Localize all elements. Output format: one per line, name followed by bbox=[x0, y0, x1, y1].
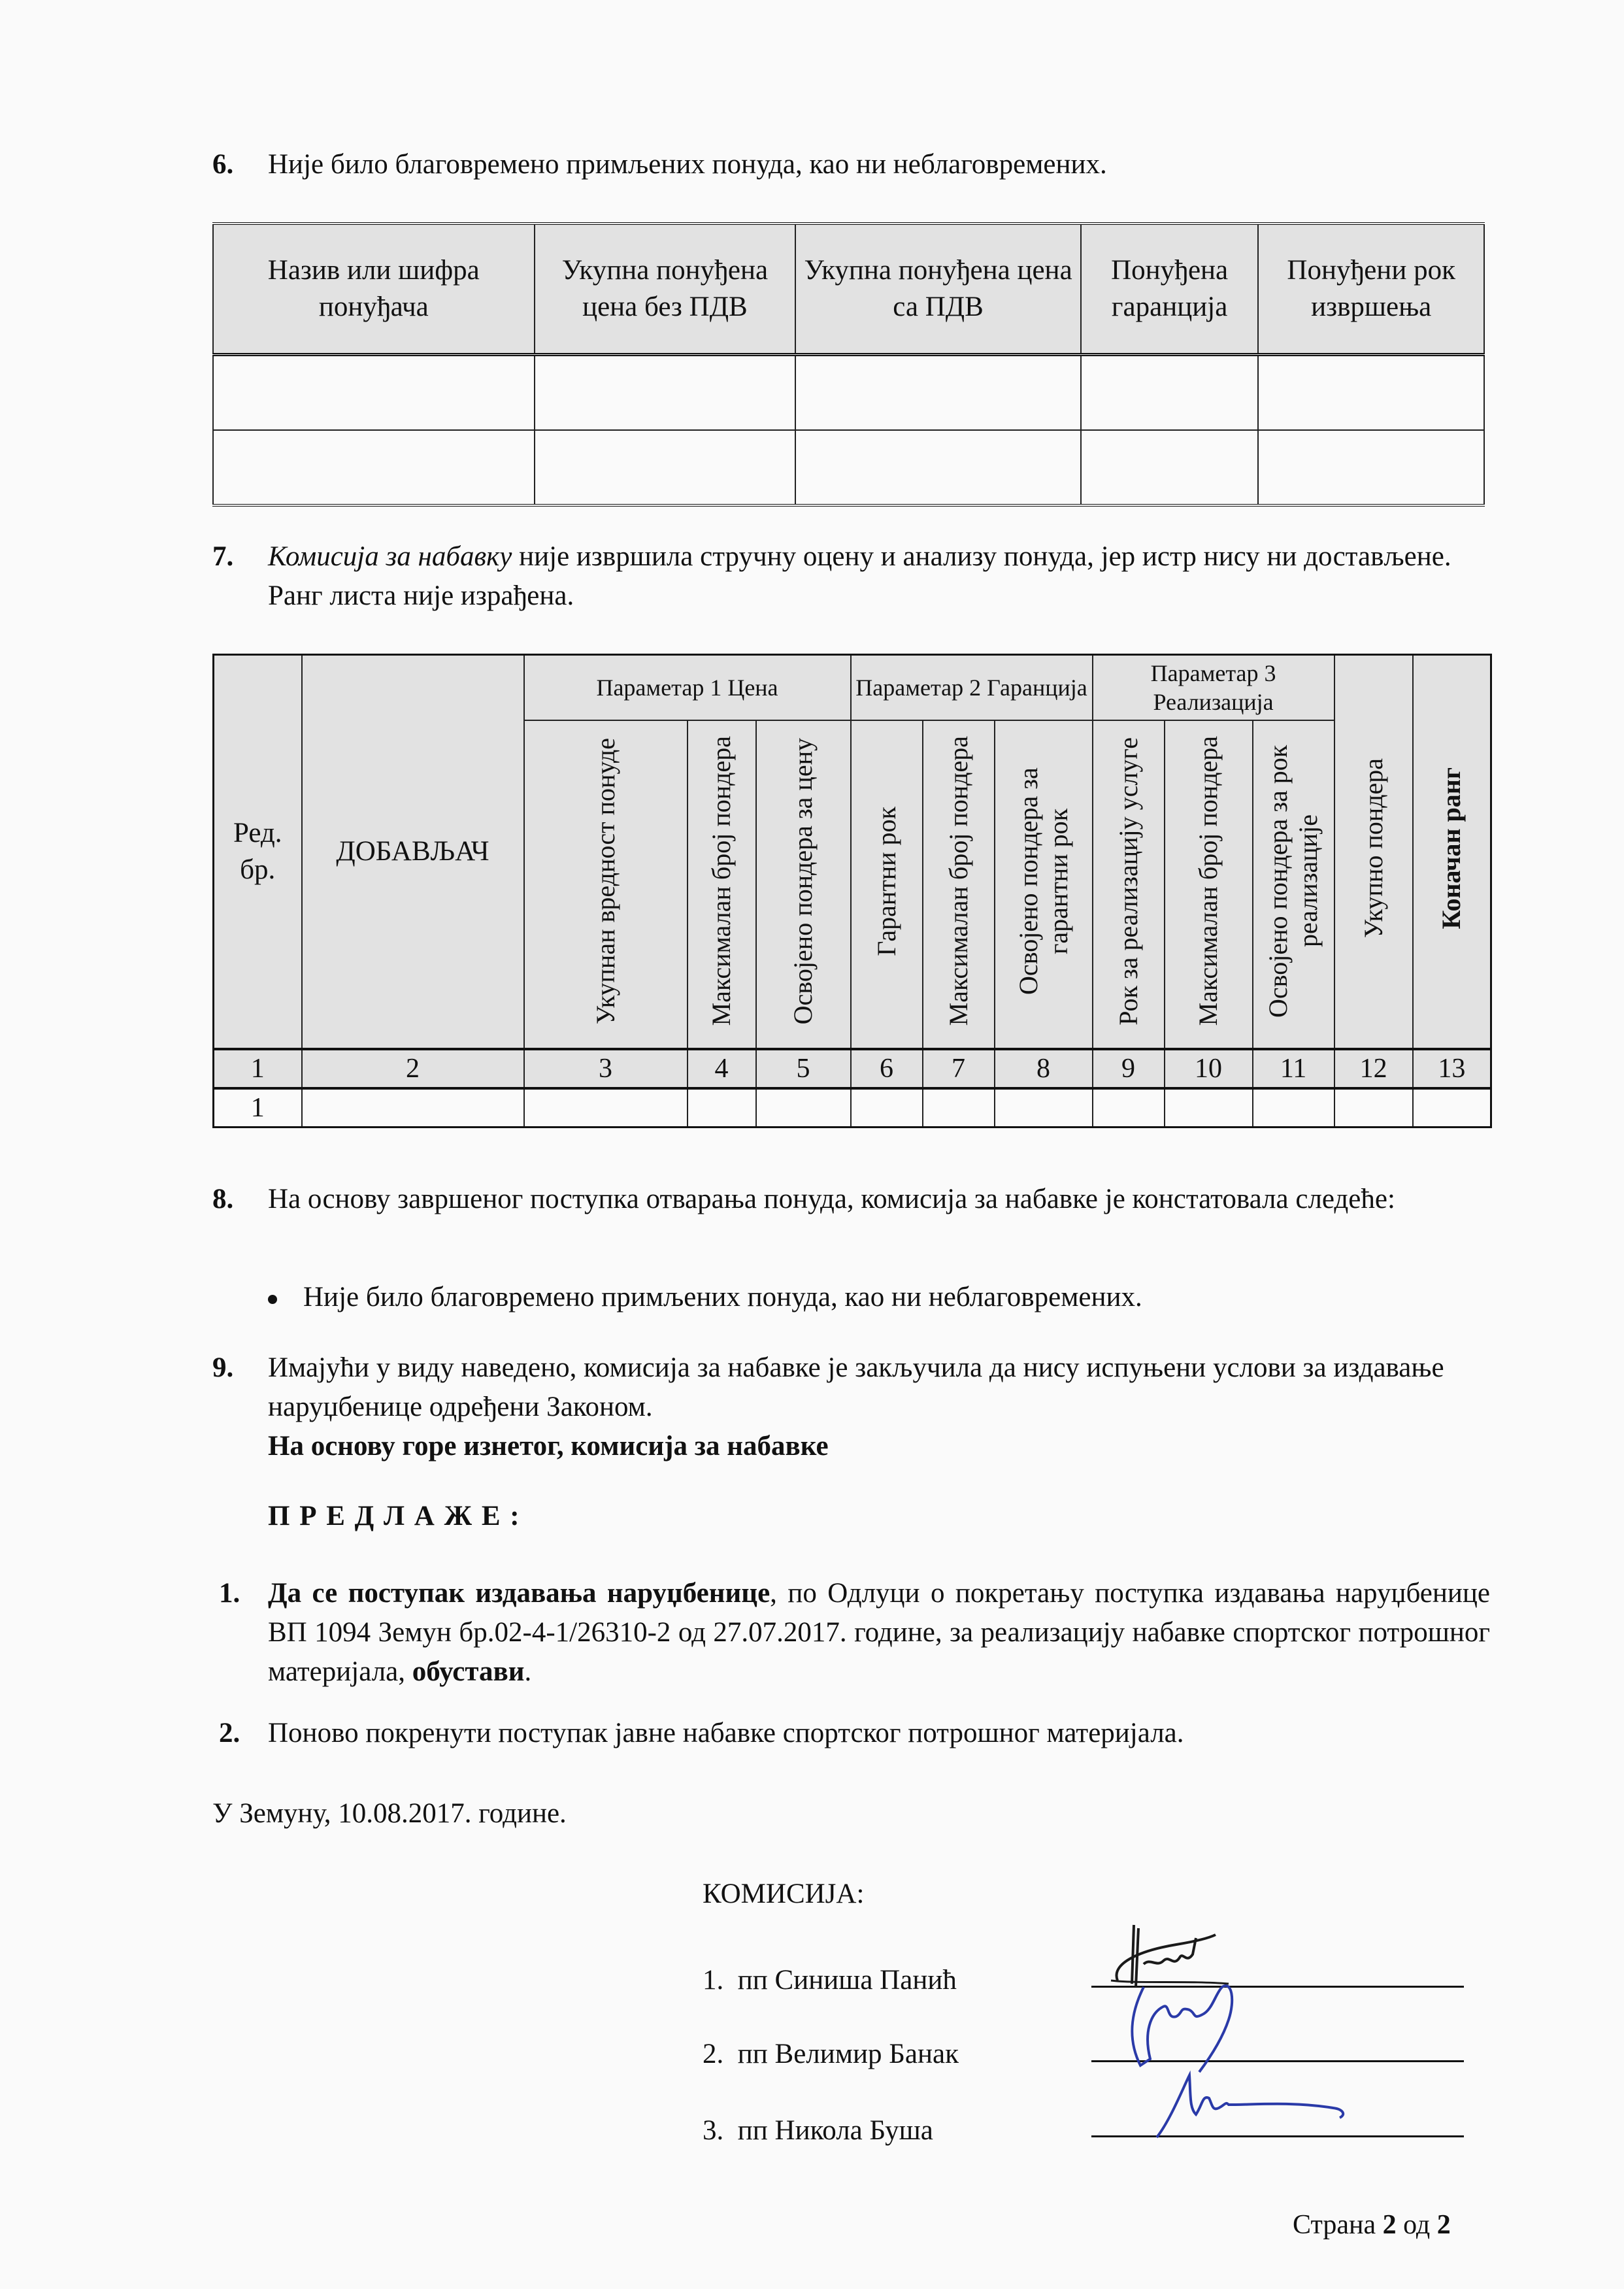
col-num: 11 bbox=[1253, 1049, 1334, 1088]
table-row bbox=[213, 355, 1484, 431]
subheader: Максималан број пондера bbox=[688, 720, 756, 1049]
subheader: Укупнан вредност понуде bbox=[524, 720, 688, 1049]
member-1: 1. пп Синиша Панић bbox=[703, 1961, 957, 2000]
page-current: 2 bbox=[1383, 2210, 1397, 2240]
signature-3-icon bbox=[1150, 2069, 1359, 2141]
cell bbox=[756, 1088, 851, 1128]
member-2: 2. пп Велимир Банак bbox=[703, 2035, 959, 2074]
col-num: 3 bbox=[524, 1049, 688, 1088]
header-price-no-vat: Укупна понуђена цена без ПДВ bbox=[535, 224, 796, 355]
col-num: 7 bbox=[923, 1049, 995, 1088]
bold-lead: Да се поступак издавања наруџбенице bbox=[268, 1578, 770, 1609]
cell bbox=[795, 355, 1081, 431]
col-num: 8 bbox=[995, 1049, 1093, 1088]
cell bbox=[1253, 1088, 1334, 1128]
column-numbers-row: 1 2 3 4 5 6 7 8 9 10 11 12 13 bbox=[214, 1049, 1491, 1088]
subheader: Освојено пондера за рок реализације bbox=[1253, 720, 1334, 1049]
header-rank: Коначан ранг bbox=[1413, 655, 1491, 1050]
col-num: 2 bbox=[302, 1049, 524, 1088]
item-6: 6.Није било благовремено примљених понуд… bbox=[212, 145, 1493, 184]
cell bbox=[213, 355, 535, 431]
cell bbox=[1334, 1088, 1413, 1128]
header-param1: Параметар 1 Цена bbox=[524, 655, 851, 721]
member-name: пп Синиша Панић bbox=[738, 1965, 957, 1996]
header-ordinal: Ред. бр. bbox=[214, 655, 302, 1050]
cell bbox=[1258, 430, 1484, 505]
bullet-icon bbox=[268, 1295, 277, 1304]
bold-line: На основу горе изнетог, комисија за наба… bbox=[268, 1427, 1493, 1466]
bullet-item: Није било благовремено примљених понуда,… bbox=[268, 1278, 1483, 1317]
subheader: Гарантни рок bbox=[851, 720, 923, 1049]
member-3: 3. пп Никола Буша bbox=[703, 2111, 933, 2150]
item-8: 8. На основу завршеног поступка отварања… bbox=[212, 1180, 1493, 1219]
header-warranty: Понуђена гаранција bbox=[1081, 224, 1259, 355]
col-num: 5 bbox=[756, 1049, 851, 1088]
item-text: Није било благовремено примљених понуда,… bbox=[268, 149, 1107, 180]
item-text: На основу завршеног поступка отварања по… bbox=[212, 1180, 1493, 1219]
member-name: пп Никола Буша bbox=[738, 2115, 933, 2146]
cell: 1 bbox=[214, 1088, 302, 1128]
member-number: 1. bbox=[703, 1965, 723, 1996]
proposal-2: 2.Поново покренути поступак јавне набавк… bbox=[219, 1714, 1490, 1753]
item-number: 6. bbox=[212, 145, 268, 184]
header-supplier: ДОБАВЉАЧ bbox=[302, 655, 524, 1050]
proposes-heading: П Р Е Д Л А Ж Е : bbox=[268, 1497, 521, 1536]
proposal-text: Поново покренути поступак јавне набавке … bbox=[268, 1718, 1184, 1748]
tail: . bbox=[525, 1656, 532, 1687]
item-number: 7. bbox=[212, 537, 268, 576]
cell bbox=[302, 1088, 524, 1128]
cell bbox=[535, 355, 796, 431]
cell bbox=[923, 1088, 995, 1128]
col-num: 12 bbox=[1334, 1049, 1413, 1088]
item-7: 7. Комисија за набавку није извршила стр… bbox=[212, 537, 1493, 616]
item-number: 9. bbox=[212, 1348, 268, 1388]
header-param3: Параметар 3 Реализација bbox=[1093, 655, 1334, 721]
member-number: 3. bbox=[703, 2115, 723, 2146]
page-total: 2 bbox=[1437, 2210, 1451, 2240]
bold-end: обустави bbox=[412, 1656, 525, 1687]
col-num: 6 bbox=[851, 1049, 923, 1088]
subheader: Освојено пондера за цену bbox=[756, 720, 851, 1049]
cell bbox=[1081, 430, 1259, 505]
header-deadline: Понуђени рок извршења bbox=[1258, 224, 1484, 355]
offers-table: Назив или шифра понуђача Укупна понуђена… bbox=[212, 222, 1485, 507]
cell bbox=[1093, 1088, 1165, 1128]
item-number: 1. bbox=[219, 1574, 268, 1613]
cell bbox=[688, 1088, 756, 1128]
header-bidder: Назив или шифра понуђача bbox=[213, 224, 535, 355]
proposal-1: 1. Да се поступак издавања наруџбенице, … bbox=[219, 1574, 1490, 1692]
col-num: 1 bbox=[214, 1049, 302, 1088]
signature-2-icon bbox=[1124, 1974, 1255, 2079]
header-price-vat: Укупна понуђена цена са ПДВ bbox=[795, 224, 1081, 355]
header-total: Укупно пондера bbox=[1334, 655, 1413, 1050]
offers-table-header: Назив или шифра понуђача Укупна понуђена… bbox=[213, 224, 1484, 355]
item-text: Имајући у виду наведено, комисија за наб… bbox=[268, 1348, 1493, 1427]
item-number: 8. bbox=[212, 1180, 268, 1219]
cell bbox=[795, 430, 1081, 505]
header-param2: Параметар 2 Гаранција bbox=[851, 655, 1093, 721]
member-number: 2. bbox=[703, 2039, 723, 2069]
commission-title: КОМИСИЈА: bbox=[703, 1875, 864, 1914]
page-footer: Страна 2 од 2 bbox=[1293, 2209, 1451, 2241]
member-name: пп Велимир Банак bbox=[738, 2039, 959, 2069]
col-num: 9 bbox=[1093, 1049, 1165, 1088]
cell bbox=[1081, 355, 1259, 431]
table-row: 1 bbox=[214, 1088, 1491, 1128]
page-of: од bbox=[1403, 2210, 1430, 2240]
subheader: Освојено пондера за гарантни рок bbox=[995, 720, 1093, 1049]
commission-italic: Комисија за набавку bbox=[268, 541, 512, 572]
cell bbox=[524, 1088, 688, 1128]
item-number: 2. bbox=[219, 1714, 268, 1753]
subheader: Рок за реализацију услуге bbox=[1093, 720, 1165, 1049]
bullet-text: Није било благовремено примљених понуда,… bbox=[303, 1282, 1142, 1312]
cell bbox=[1165, 1088, 1253, 1128]
cell bbox=[535, 430, 796, 505]
subheader: Максималан број пондера bbox=[1165, 720, 1253, 1049]
table-row bbox=[213, 430, 1484, 505]
cell bbox=[851, 1088, 923, 1128]
col-num: 4 bbox=[688, 1049, 756, 1088]
cell bbox=[1413, 1088, 1491, 1128]
place-date: У Земуну, 10.08.2017. године. bbox=[212, 1794, 567, 1833]
page-label: Страна bbox=[1293, 2210, 1376, 2240]
col-num: 10 bbox=[1165, 1049, 1253, 1088]
cell bbox=[1258, 355, 1484, 431]
col-num: 13 bbox=[1413, 1049, 1491, 1088]
item-9: 9. Имајући у виду наведено, комисија за … bbox=[212, 1348, 1493, 1466]
cell bbox=[213, 430, 535, 505]
subheader: Максималан број пондера bbox=[923, 720, 995, 1049]
ranking-table: Ред. бр. ДОБАВЉАЧ Параметар 1 Цена Парам… bbox=[212, 654, 1492, 1128]
cell bbox=[995, 1088, 1093, 1128]
